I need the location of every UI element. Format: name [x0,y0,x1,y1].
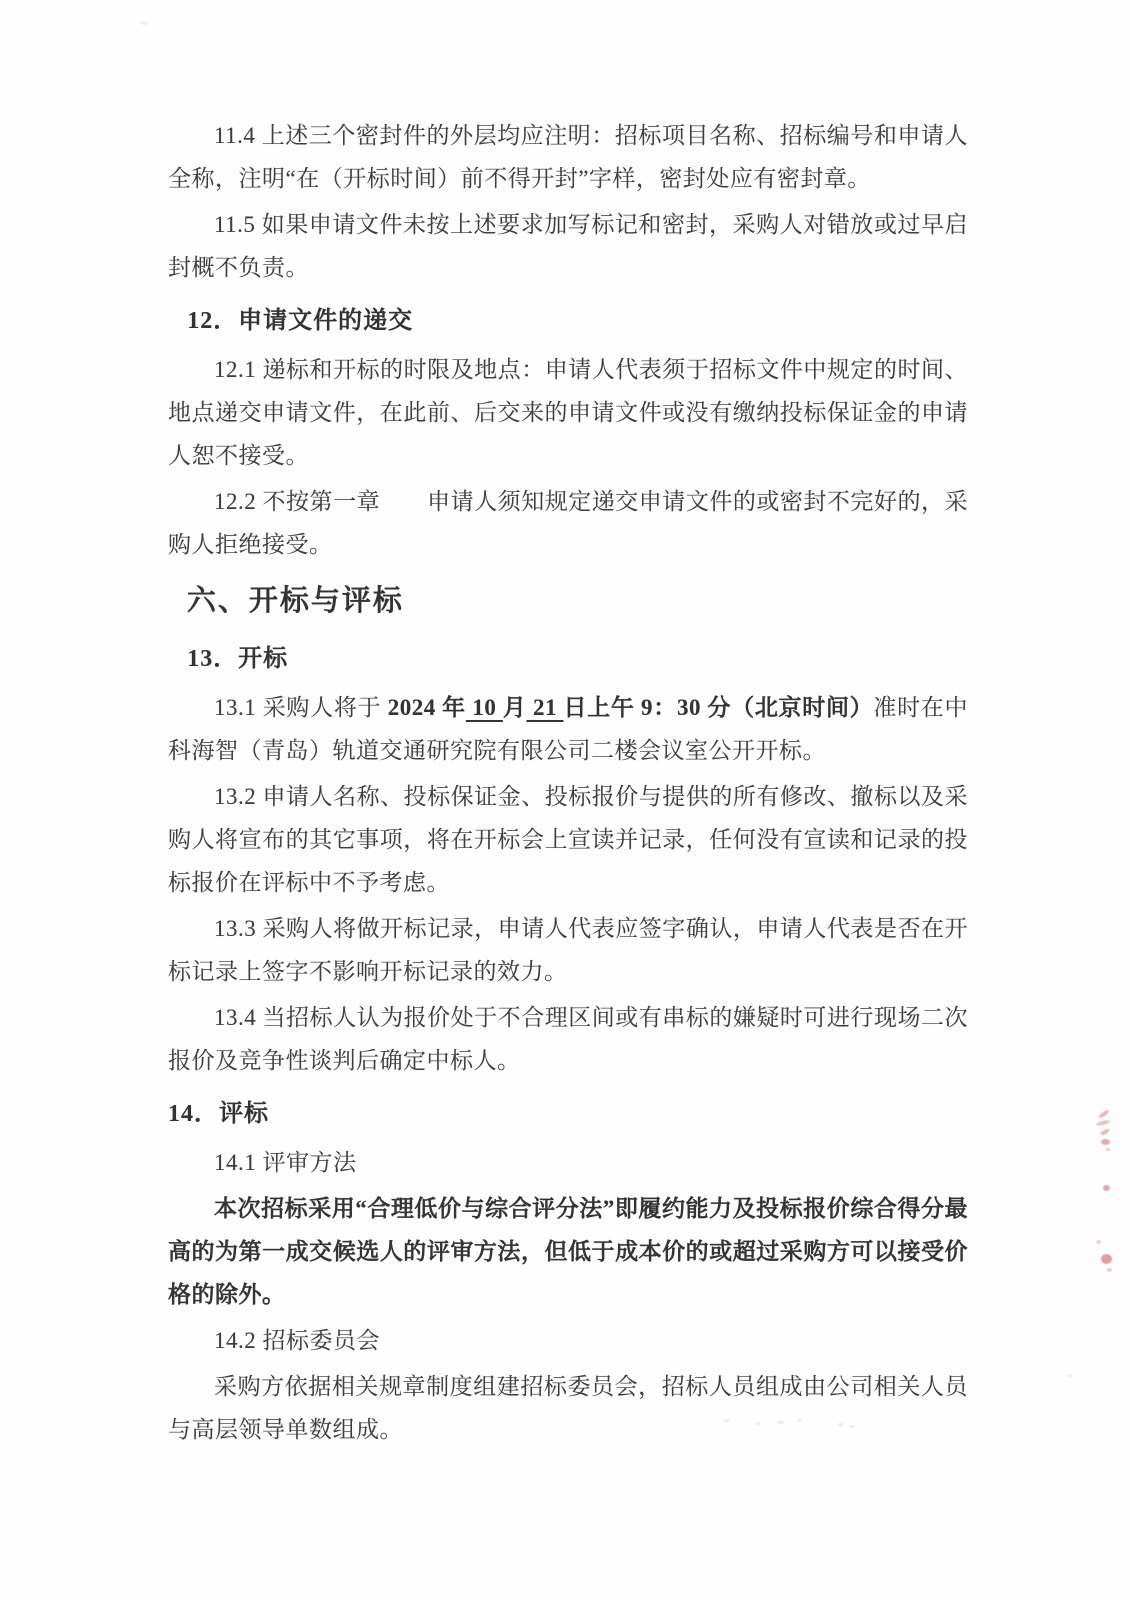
paragraph: 13.4 当招标人认为报价处于不合理区间或有串标的嫌疑时可进行现场二次报价及竞争… [168,996,968,1082]
paragraph: 14.2 招标委员会 [168,1319,968,1362]
text-segment: 13.1 采购人将于 [214,695,388,720]
paragraph: 本次招标采用“合理低价与综合评分法”即履约能力及投标报价综合得分最高的为第一成交… [168,1187,968,1316]
red-scan-mark [1096,1119,1111,1126]
scanned-document-page: 11.4 上述三个密封件的外层均应注明：招标项目名称、招标编号和申请人全称，注明… [0,0,1130,1600]
text-segment: 月 [503,695,527,720]
red-scan-mark [1096,1240,1101,1244]
text-segment: 2024 年 [388,695,466,720]
red-scan-mark [1101,1254,1112,1264]
paragraph: 13.1 采购人将于 2024 年 10 月 21 日上午 9：30 分（北京时… [168,686,968,772]
text-segment: 14.1 评审方法 [214,1150,357,1175]
text-segment: 14.2 招标委员会 [214,1328,380,1353]
red-scan-mark [1103,1185,1110,1191]
paragraph: 11.5 如果申请文件未按上述要求加写标记和密封，采购人对错放或过早启封概不负责… [168,203,968,289]
text-segment: 采购方依据相关规章制度组建招标委员会，招标人员组成由公司相关人员与高层领导单数组… [168,1374,968,1442]
red-scan-mark [1101,1139,1110,1145]
text-segment: 13．开标 [187,646,288,672]
section-heading: 六、开标与评标 [168,575,968,627]
text-segment: 13.2 申请人名称、投标保证金、投标报价与提供的所有修改、撤标以及采购人将宣布… [168,784,968,895]
text-segment: 13.3 采购人将做开标记录，申请人代表应签字确认，申请人代表是否在开标记录上签… [168,916,968,984]
text-segment: 12.2 不按第一章 申请人须知规定递交申请文件的或密封不完好的，采购人拒绝接受… [168,489,968,557]
red-scan-mark [1106,1148,1110,1151]
red-scan-mark [1107,1268,1112,1272]
gray-scan-speck [1067,1374,1073,1377]
gray-scan-speck [140,21,149,25]
document-body: 11.4 上述三个密封件的外层均应注明：招标项目名称、招标编号和申请人全称，注明… [168,114,968,1451]
paragraph: 13.2 申请人名称、投标保证金、投标报价与提供的所有修改、撤标以及采购人将宣布… [168,775,968,904]
section-heading: 14．评标 [168,1091,968,1138]
red-scan-mark [1098,1109,1110,1119]
text-segment: 13.4 当招标人认为报价处于不合理区间或有串标的嫌疑时可进行现场二次报价及竞争… [168,1005,968,1073]
section-heading: 12．申请文件的递交 [168,298,968,345]
section-heading: 13．开标 [168,636,968,683]
paragraph: 13.3 采购人将做开标记录，申请人代表应签字确认，申请人代表是否在开标记录上签… [168,907,968,993]
text-segment: 六、开标与评标 [187,585,404,617]
paragraph: 11.4 上述三个密封件的外层均应注明：招标项目名称、招标编号和申请人全称，注明… [168,114,968,200]
text-segment: 11.5 如果申请文件未按上述要求加写标记和密封，采购人对错放或过早启封概不负责… [168,212,968,280]
text-segment: 14．评标 [168,1101,269,1127]
paragraph: 12.2 不按第一章 申请人须知规定递交申请文件的或密封不完好的，采购人拒绝接受… [168,480,968,566]
text-segment: 本次招标采用“合理低价与综合评分法”即履约能力及投标报价综合得分最高的为第一成交… [168,1196,968,1307]
text-segment: 10 [466,695,503,720]
text-segment: 12.1 递标和开标的时限及地点：申请人代表须于招标文件中规定的时间、地点递交申… [168,357,968,468]
red-scan-mark [1100,1128,1111,1136]
paragraph: 采购方依据相关规章制度组建招标委员会，招标人员组成由公司相关人员与高层领导单数组… [168,1365,968,1451]
text-segment: 21 [527,695,564,720]
text-segment: 12．申请文件的递交 [187,308,413,334]
text-segment: 日上午 9：30 分（北京时间） [563,695,873,720]
text-segment: 11.4 上述三个密封件的外层均应注明：招标项目名称、招标编号和申请人全称，注明… [168,123,968,191]
paragraph: 12.1 递标和开标的时限及地点：申请人代表须于招标文件中规定的时间、地点递交申… [168,348,968,477]
paragraph: 14.1 评审方法 [168,1141,968,1184]
